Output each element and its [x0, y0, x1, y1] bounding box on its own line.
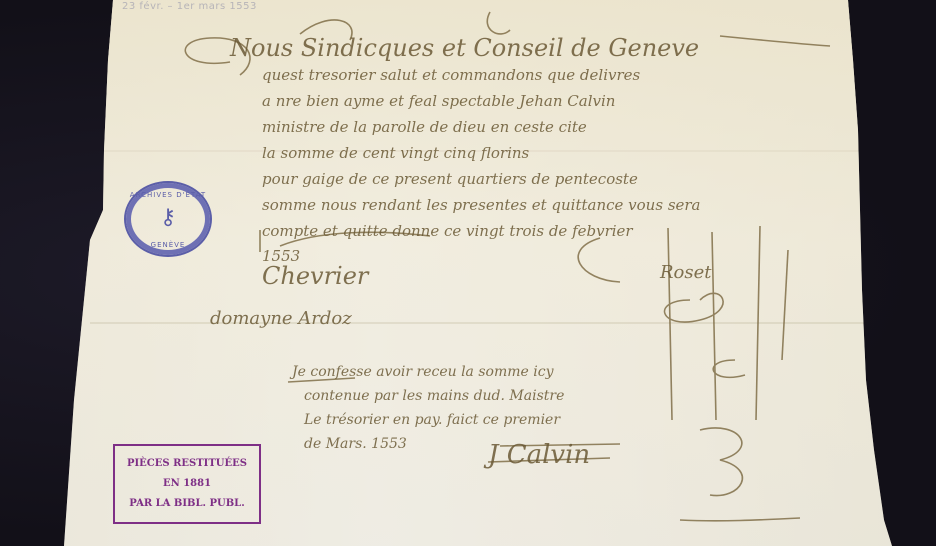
stamp-line: PIÈCES RESTITUÉES: [115, 454, 259, 474]
receipt-note-line: Je confesse avoir receu la somme icy: [292, 364, 553, 380]
roset-signature: Roset: [660, 262, 712, 283]
manuscript-line: ministre de la parolle de dieu en ceste …: [262, 118, 587, 136]
calvin-signature: J Calvin: [488, 440, 590, 470]
manuscript-line: quest tresorier salut et commandons que …: [262, 66, 640, 84]
stamp-top-text: ARCHIVES D'ÉTAT: [126, 191, 210, 199]
manuscript-line: Nous Sindicques et Conseil de Geneve: [230, 34, 699, 62]
stamp-line: PAR LA BIBL. PUBL.: [115, 494, 259, 514]
stamp-line: EN 1881: [115, 474, 259, 494]
receipt-note-line: contenue par les mains dud. Maistre: [304, 388, 564, 404]
pieces-restituees-stamp: PIÈCES RESTITUÉES EN 1881 PAR LA BIBL. P…: [113, 444, 261, 524]
manuscript-line: la somme de cent vingt cinq florins: [262, 144, 529, 162]
manuscript-line: somme nous rendant les presentes et quit…: [262, 196, 701, 214]
stamp-bottom-text: GENÈVE: [126, 241, 210, 249]
key-emblem-icon: ⚷: [160, 205, 176, 230]
manuscript-line: compte et quitte donne ce vingt trois de…: [262, 222, 633, 240]
receipt-note-line: Le trésorier en pay. faict ce premier: [304, 412, 560, 428]
manuscript-line: a nre bien ayme et feal spectable Jehan …: [262, 92, 615, 110]
left-signature: Chevrier: [262, 262, 368, 290]
left-signature-line2: domayne Ardoz: [210, 308, 352, 329]
receipt-note-line: de Mars. 1553: [304, 436, 407, 452]
manuscript-line: pour gaige de ce present quartiers de pe…: [262, 170, 638, 188]
archives-etat-stamp: ARCHIVES D'ÉTAT ⚷ GENÈVE: [124, 181, 212, 257]
